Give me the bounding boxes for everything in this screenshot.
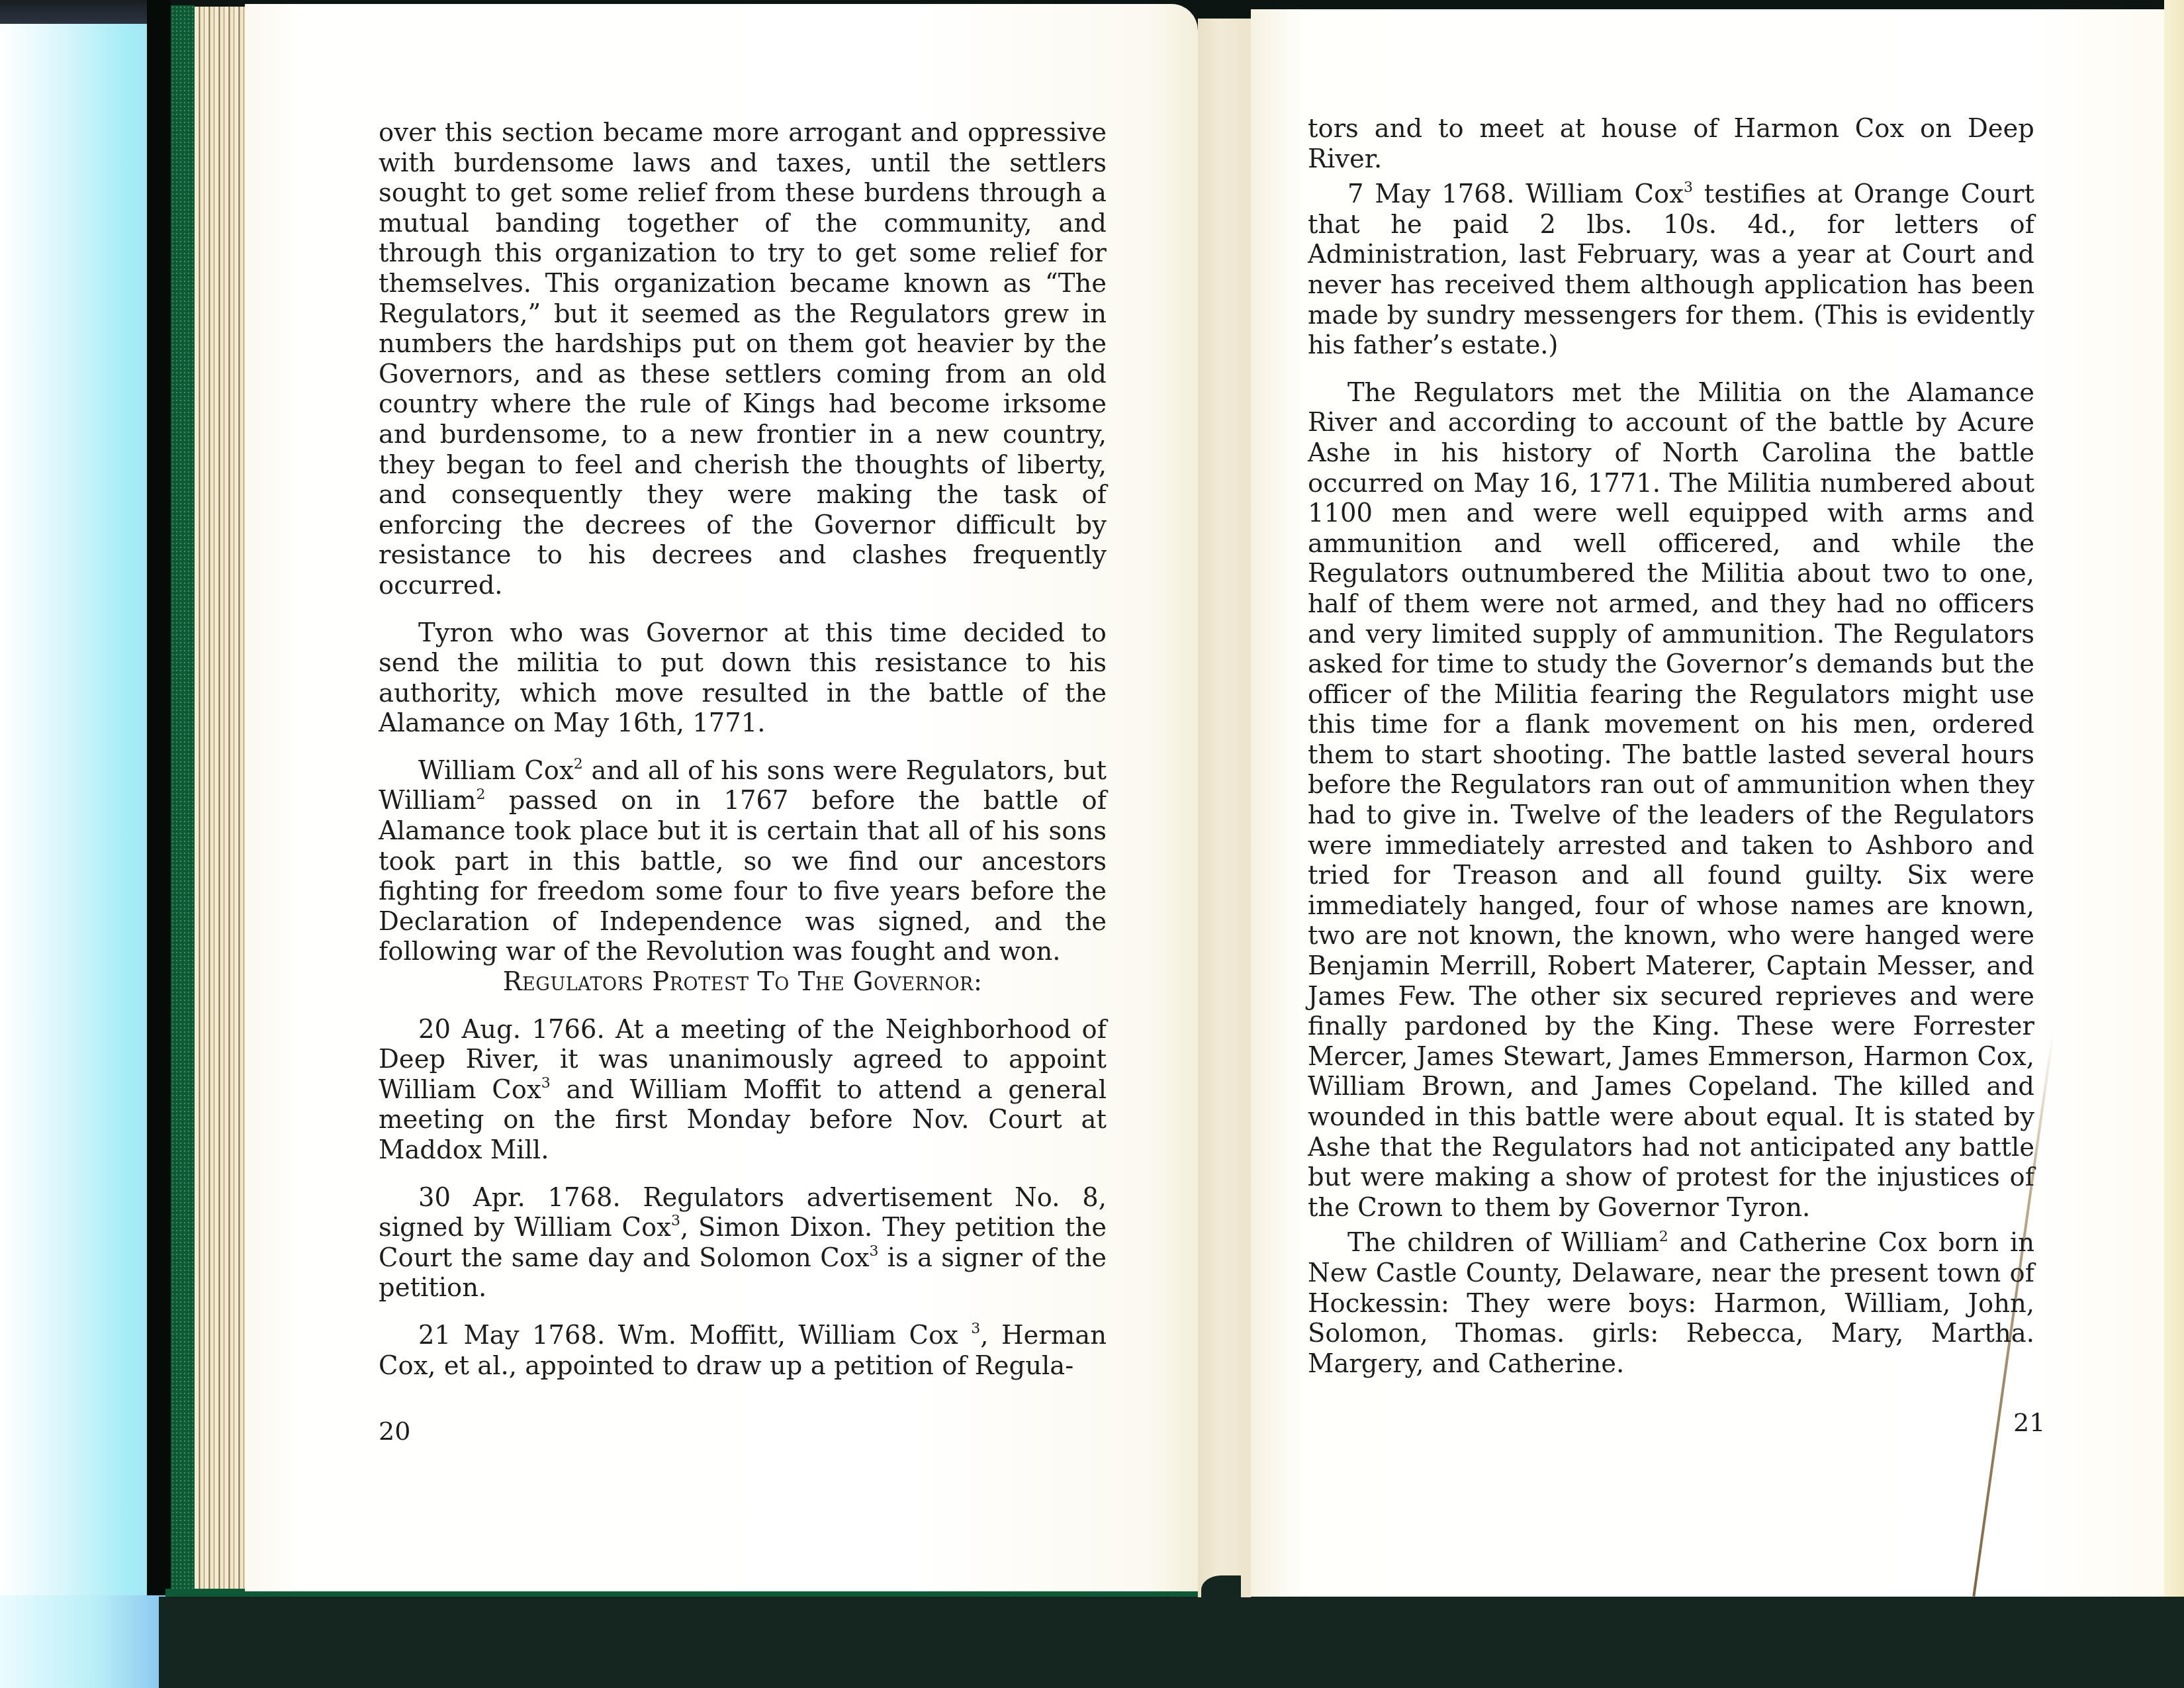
page-number-right: 21 <box>2013 1408 2045 1437</box>
right-page-edge <box>2164 0 2184 1597</box>
paragraph: The children of William2 and Catherine C… <box>1308 1228 2034 1379</box>
paragraph: William Cox2 and all of his sons were Re… <box>379 756 1107 967</box>
paragraph: 7 May 1768. William Cox3 testifies at Or… <box>1308 179 2034 361</box>
paragraph: 21 May 1768. Wm. Moffitt, William Cox 3,… <box>379 1321 1107 1381</box>
generation-superscript: 3 <box>671 1213 680 1229</box>
right-page-text: tors and to meet at house of Harmon Cox … <box>1308 114 2034 1379</box>
section-heading: Regulators Protest To The Governor: <box>379 967 1107 998</box>
paragraph: over this section became more arrogant a… <box>379 118 1107 601</box>
book-page-edges <box>195 7 245 1592</box>
text-run: 7 May 1768. William Cox <box>1347 179 1684 209</box>
text-run: William Cox <box>418 756 574 786</box>
paragraph: Tyron who was Governor at this time deci… <box>379 618 1107 739</box>
gutter-bottom-shadow <box>1201 1575 1241 1599</box>
generation-superscript: 2 <box>574 756 583 773</box>
text-run: 21 May 1768. Wm. Moffitt, William Cox <box>418 1321 971 1350</box>
generation-superscript: 3 <box>870 1243 879 1260</box>
generation-superscript: 3 <box>1684 179 1693 196</box>
scanner-backdrop <box>0 0 159 1688</box>
paragraph: 20 Aug. 1766. At a meeting of the Neighb… <box>379 1015 1107 1166</box>
book-gutter <box>1198 19 1251 1597</box>
generation-superscript: 2 <box>1659 1229 1668 1245</box>
paragraph: tors and to meet at house of Harmon Cox … <box>1308 114 2034 174</box>
scanner-backdrop-top <box>0 0 159 24</box>
book-spine-cloth <box>171 5 195 1594</box>
left-page-text: over this section became more arrogant a… <box>379 118 1107 1381</box>
dark-surface <box>159 1597 2184 1688</box>
generation-superscript: 2 <box>477 786 486 803</box>
book-cover-edge <box>147 0 171 1595</box>
paragraph: 30 Apr. 1768. Regulators advertisement N… <box>379 1183 1107 1303</box>
generation-superscript: 3 <box>541 1075 551 1092</box>
generation-superscript: 3 <box>971 1321 980 1337</box>
page-number-left: 20 <box>379 1417 410 1446</box>
text-run: The children of William <box>1347 1228 1659 1258</box>
paragraph: The Regulators met the Militia on the Al… <box>1308 378 2034 1223</box>
text-run: passed on in 1767 before the battle of A… <box>379 786 1107 966</box>
